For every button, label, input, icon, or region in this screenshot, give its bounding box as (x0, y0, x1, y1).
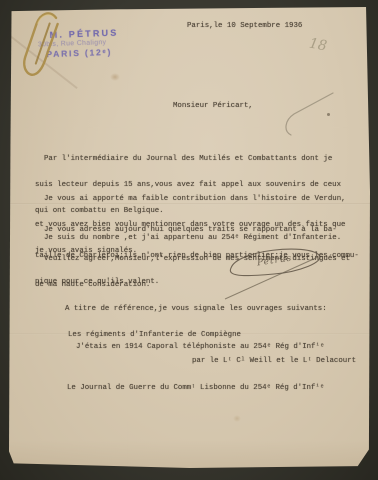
typed-line: par le Lᵗ Cˡ Weill et le Lᵗ Delacourt (65, 357, 356, 366)
typed-line: Par l'intermédiaire du Journal des Mutil… (35, 155, 341, 164)
pencil-page-number: 18 (308, 36, 328, 55)
typed-line: Je vous adresse aujourd'hui quelques tra… (35, 226, 359, 235)
salutation: Monsieur Péricart, (173, 102, 253, 111)
archive-photo-background: Paris,le 10 Septembre 1936 M. PÉTRUS 30b… (0, 0, 378, 480)
typed-line: Le Journal de Guerre du Commᵗ Lisbonne d… (65, 384, 356, 393)
paper-stain (110, 73, 120, 81)
paperclip-icon (15, 8, 68, 85)
postscript-line: J'étais en 1914 Caporal téléphoniste au … (76, 343, 324, 352)
typed-line: Les régiments d'Infanterie de Compiègne (65, 331, 356, 340)
dateline: Paris,le 10 Septembre 1936 (187, 22, 302, 31)
pencil-checkmark (281, 89, 337, 137)
paper-stain (233, 415, 241, 422)
typed-line: A titre de référence,je vous signale les… (65, 305, 356, 314)
letter-page: Paris,le 10 Septembre 1936 M. PÉTRUS 30b… (9, 7, 370, 468)
typed-line: Je vous ai apporté ma faible contributio… (35, 195, 346, 204)
